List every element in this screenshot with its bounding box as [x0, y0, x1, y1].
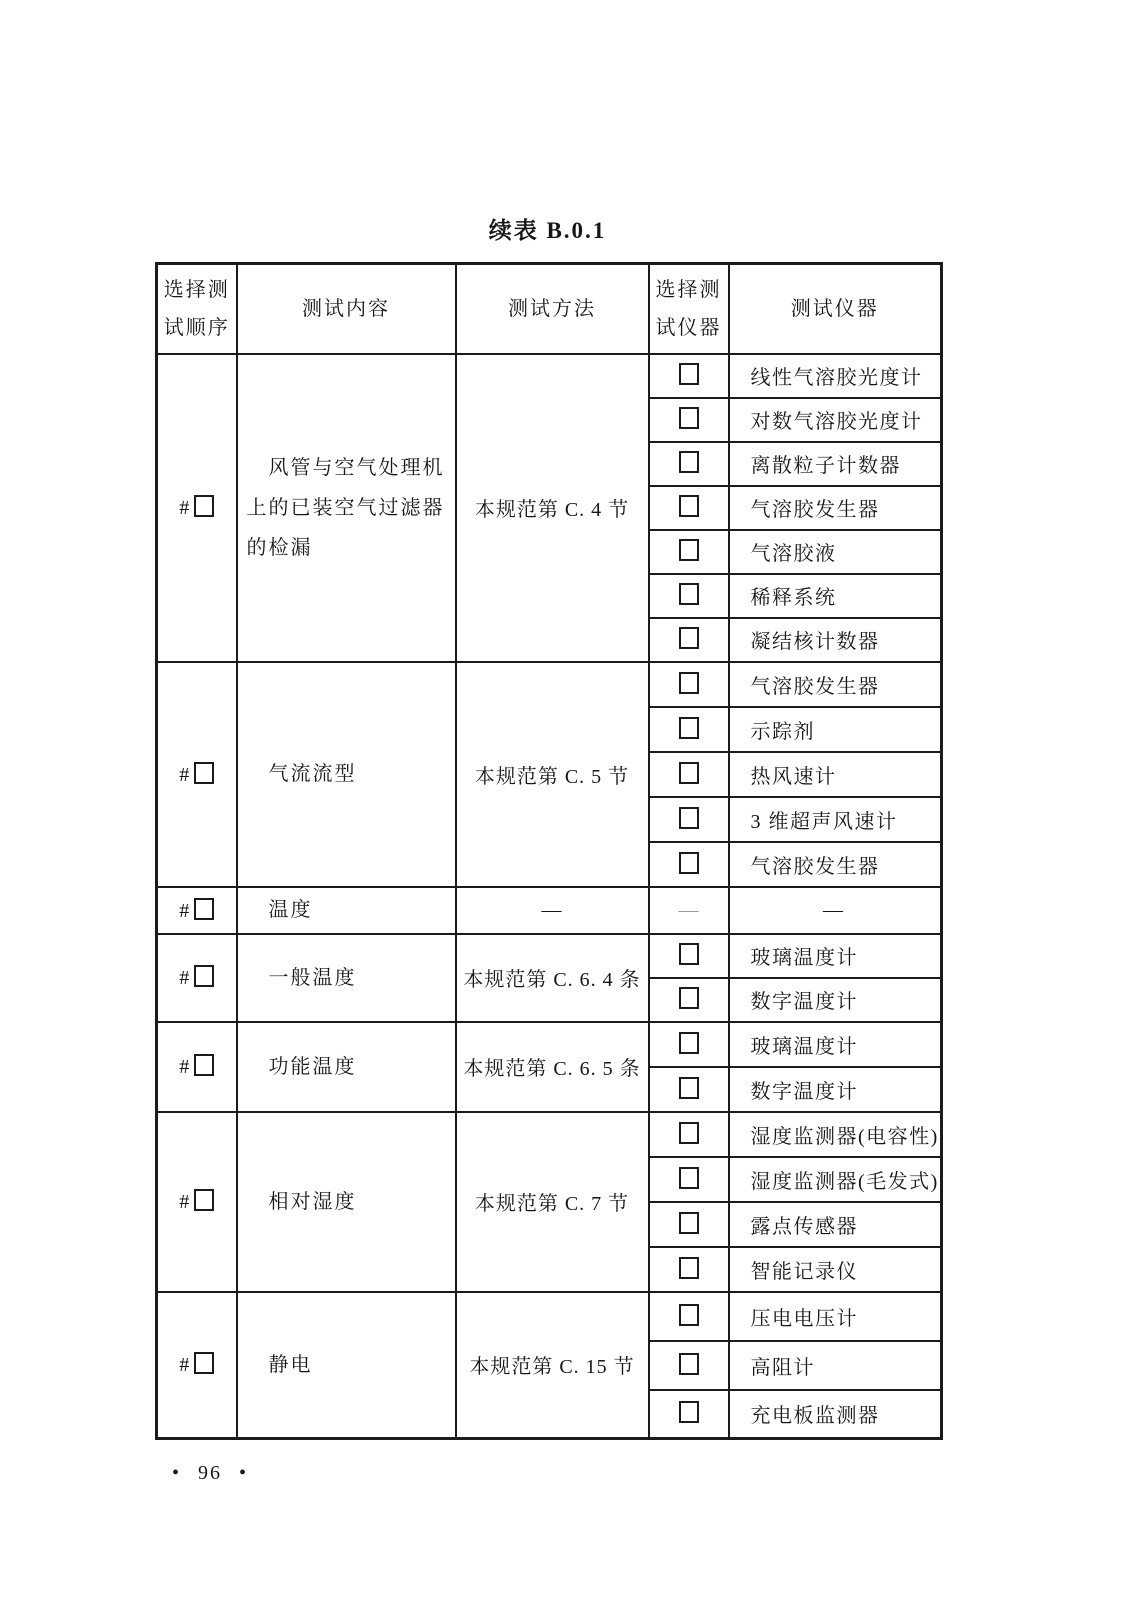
instrument-cell: 对数气溶胶光度计	[729, 398, 942, 442]
order-hash: #	[179, 967, 190, 989]
order-cell: #	[157, 1022, 237, 1112]
instrument-select-cell	[649, 662, 729, 707]
content-cell: 相对湿度	[237, 1112, 456, 1292]
content-cell: 一般温度	[237, 934, 456, 1022]
instrument-checkbox[interactable]	[679, 1257, 699, 1279]
instrument-select-cell	[649, 978, 729, 1022]
header-method: 测试方法	[456, 264, 649, 354]
instrument-select-cell	[649, 530, 729, 574]
order-hash: #	[179, 1354, 190, 1376]
instrument-checkbox[interactable]	[679, 717, 699, 739]
instrument-checkbox[interactable]	[679, 852, 699, 874]
instrument-select-cell	[649, 574, 729, 618]
content-cell: 功能温度	[237, 1022, 456, 1112]
instrument-cell: 气溶胶发生器	[729, 662, 942, 707]
instrument-cell: 气溶胶发生器	[729, 842, 942, 887]
method-cell: 本规范第 C. 6. 4 条	[456, 934, 649, 1022]
instrument-cell: 高阻计	[729, 1341, 942, 1390]
instrument-cell: 湿度监测器(电容性)	[729, 1112, 942, 1157]
instrument-cell: 气溶胶液	[729, 530, 942, 574]
instrument-select-cell	[649, 1067, 729, 1112]
content-cell: 温度	[237, 887, 456, 934]
method-cell: 本规范第 C. 6. 5 条	[456, 1022, 649, 1112]
instrument-cell: 气溶胶发生器	[729, 486, 942, 530]
instrument-select-cell	[649, 1157, 729, 1202]
order-cell: #	[157, 662, 237, 887]
instrument-checkbox[interactable]	[679, 1122, 699, 1144]
instrument-checkbox[interactable]	[679, 1353, 699, 1375]
instrument-checkbox[interactable]	[679, 1304, 699, 1326]
instrument-select-cell	[649, 1202, 729, 1247]
instrument-cell: 充电板监测器	[729, 1390, 942, 1439]
order-hash: #	[179, 1191, 190, 1213]
instrument-checkbox[interactable]	[679, 451, 699, 473]
instrument-checkbox[interactable]	[679, 495, 699, 517]
order-checkbox[interactable]	[194, 965, 214, 987]
instrument-checkbox[interactable]	[679, 987, 699, 1009]
instrument-select-cell	[649, 354, 729, 398]
order-checkbox[interactable]	[194, 495, 214, 517]
order-cell: #	[157, 1292, 237, 1439]
instrument-cell: 3 维超声风速计	[729, 797, 942, 842]
instrument-select-cell	[649, 842, 729, 887]
instrument-cell: 压电电压计	[729, 1292, 942, 1341]
instrument-select-cell	[649, 486, 729, 530]
table-title: 续表 B.0.1	[155, 212, 940, 245]
instrument-cell: 露点传感器	[729, 1202, 942, 1247]
content-cell: 静电	[237, 1292, 456, 1439]
instrument-cell: 离散粒子计数器	[729, 442, 942, 486]
instrument-checkbox[interactable]	[679, 1167, 699, 1189]
test-selection-table: 选择测 试顺序 测试内容 测试方法 选择测 试仪器 测试仪器 # 风管与空气处理…	[155, 262, 943, 1440]
method-cell: —	[456, 887, 649, 934]
instrument-cell: 玻璃温度计	[729, 1022, 942, 1067]
header-instrument: 测试仪器	[729, 264, 942, 354]
instrument-select-cell	[649, 1247, 729, 1292]
header-order: 选择测 试顺序	[157, 264, 237, 354]
header-select-instrument: 选择测 试仪器	[649, 264, 729, 354]
header-content: 测试内容	[237, 264, 456, 354]
instrument-cell: 智能记录仪	[729, 1247, 942, 1292]
instrument-select-cell	[649, 618, 729, 662]
order-hash: #	[179, 497, 190, 519]
method-cell: 本规范第 C. 5 节	[456, 662, 649, 887]
instrument-select-cell	[649, 1112, 729, 1157]
order-checkbox[interactable]	[194, 1189, 214, 1211]
instrument-select-cell	[649, 398, 729, 442]
instrument-checkbox[interactable]	[679, 407, 699, 429]
instrument-cell: —	[729, 887, 942, 934]
instrument-cell: 湿度监测器(毛发式)	[729, 1157, 942, 1202]
instrument-cell: 稀释系统	[729, 574, 942, 618]
instrument-checkbox[interactable]	[679, 1077, 699, 1099]
instrument-select-cell	[649, 1022, 729, 1067]
instrument-cell: 线性气溶胶光度计	[729, 354, 942, 398]
method-cell: 本规范第 C. 4 节	[456, 354, 649, 662]
page-number: • 96 •	[172, 1462, 248, 1485]
instrument-checkbox[interactable]	[679, 672, 699, 694]
order-cell: #	[157, 934, 237, 1022]
instrument-checkbox[interactable]	[679, 762, 699, 784]
instrument-checkbox[interactable]	[679, 1032, 699, 1054]
instrument-select-cell	[649, 752, 729, 797]
instrument-checkbox[interactable]	[679, 943, 699, 965]
instrument-select-cell	[649, 797, 729, 842]
instrument-cell: 示踪剂	[729, 707, 942, 752]
instrument-checkbox[interactable]	[679, 627, 699, 649]
instrument-select-cell	[649, 442, 729, 486]
instrument-checkbox[interactable]	[679, 539, 699, 561]
instrument-checkbox[interactable]	[679, 1212, 699, 1234]
order-checkbox[interactable]	[194, 898, 214, 920]
order-cell: #	[157, 1112, 237, 1292]
order-checkbox[interactable]	[194, 1352, 214, 1374]
instrument-select-cell	[649, 1292, 729, 1341]
instrument-select-cell	[649, 934, 729, 978]
order-hash: #	[179, 900, 190, 922]
instrument-cell: 热风速计	[729, 752, 942, 797]
instrument-select-cell	[649, 1341, 729, 1390]
instrument-checkbox[interactable]	[679, 807, 699, 829]
instrument-cell: 玻璃温度计	[729, 934, 942, 978]
instrument-checkbox[interactable]	[679, 1401, 699, 1423]
order-checkbox[interactable]	[194, 1054, 214, 1076]
instrument-select-cell	[649, 707, 729, 752]
instrument-cell: 数字温度计	[729, 978, 942, 1022]
instrument-select-cell: —	[649, 887, 729, 934]
instrument-cell: 数字温度计	[729, 1067, 942, 1112]
instrument-select-cell	[649, 1390, 729, 1439]
content-cell: 气流流型	[237, 662, 456, 887]
instrument-checkbox[interactable]	[679, 363, 699, 385]
order-hash: #	[179, 764, 190, 786]
document-page: 续表 B.0.1 选择测 试顺序 测试内容 测试方法 选择测 试仪器 测试仪器 …	[0, 0, 1142, 1600]
instrument-cell: 凝结核计数器	[729, 618, 942, 662]
order-cell: #	[157, 887, 237, 934]
order-hash: #	[179, 1056, 190, 1078]
instrument-checkbox[interactable]	[679, 583, 699, 605]
content-cell: 风管与空气处理机 上的已装空气过滤器 的检漏	[237, 354, 456, 662]
order-checkbox[interactable]	[194, 762, 214, 784]
method-cell: 本规范第 C. 7 节	[456, 1112, 649, 1292]
order-cell: #	[157, 354, 237, 662]
method-cell: 本规范第 C. 15 节	[456, 1292, 649, 1439]
